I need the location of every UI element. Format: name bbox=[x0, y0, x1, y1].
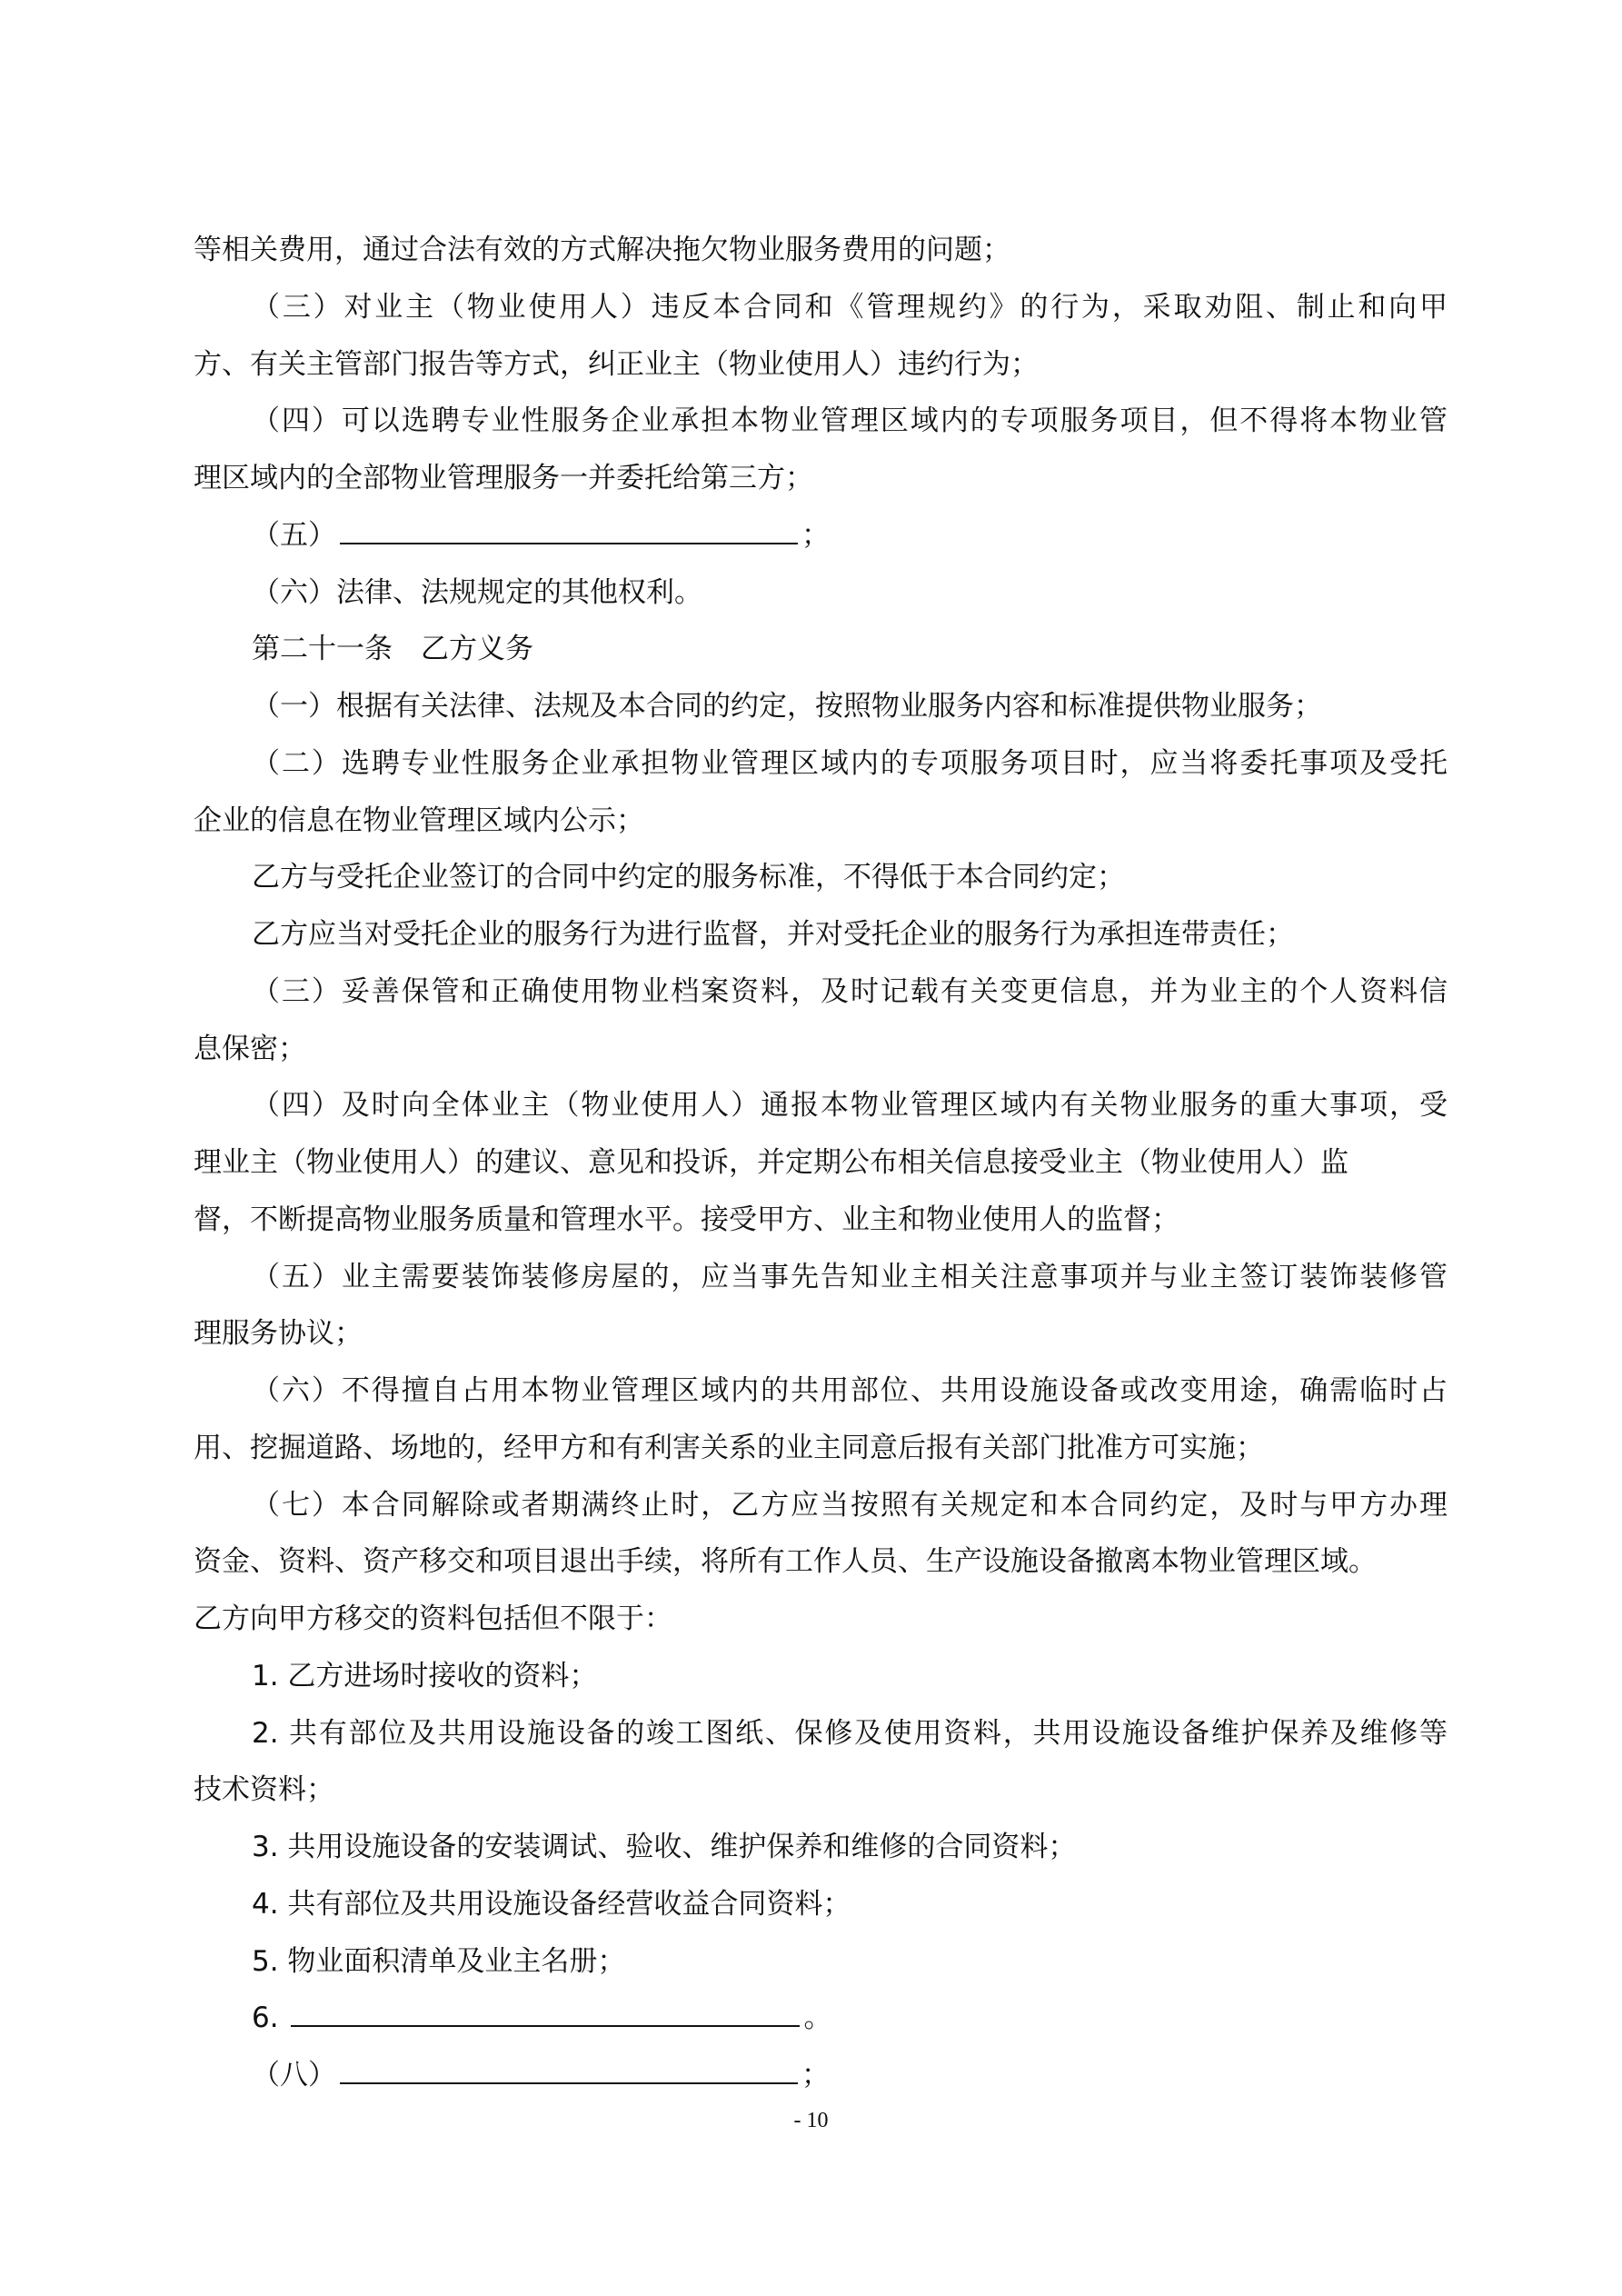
item-prefix: （五） bbox=[252, 519, 336, 552]
text-line: （六）不得擅自占用本物业管理区域内的共用部位、共用设施设备或改变用途，确需临时占 bbox=[194, 1363, 1448, 1420]
text-line: 资金、资料、资产移交和项目退出手续，将所有工作人员、生产设施设备撤离本物业管理区… bbox=[194, 1533, 1448, 1591]
text-line: 等相关费用，通过合法有效的方式解决拖欠物业服务费用的问题； bbox=[194, 222, 1448, 279]
text-line: 理业主（物业使用人）的建议、意见和投诉，并定期公布相关信息接受业主（物业使用人）… bbox=[194, 1134, 1448, 1192]
text-line: （三）对业主（物业使用人）违反本合同和《管理规约》的行为，采取劝阻、制止和向甲 bbox=[194, 279, 1448, 336]
text-line: （六）法律、法规规定的其他权利。 bbox=[194, 564, 1448, 622]
text-line: （二）选聘专业性服务企业承担物业管理区域内的专项服务项目时，应当将委托事项及受托 bbox=[194, 735, 1448, 793]
document-page: 等相关费用，通过合法有效的方式解决拖欠物业服务费用的问题； （三）对业主（物业使… bbox=[0, 0, 1622, 2296]
list-item: 1. 乙方进场时接收的资料； bbox=[194, 1648, 1448, 1705]
article-heading: 第二十一条 乙方义务 bbox=[194, 621, 1448, 678]
list-item: 4. 共有部位及共用设施设备经营收益合同资料； bbox=[194, 1876, 1448, 1933]
text-line: 用、挖掘道路、场地的，经甲方和有利害关系的业主同意后报有关部门批准方可实施； bbox=[194, 1420, 1448, 1477]
text-line: 乙方与受托企业签订的合同中约定的服务标准，不得低于本合同约定； bbox=[194, 849, 1448, 906]
text-line: （三）妥善保管和正确使用物业档案资料，及时记载有关变更信息，并为业主的个人资料信 bbox=[194, 963, 1448, 1021]
blank-fill-field[interactable] bbox=[291, 1998, 800, 2027]
text-line: 理服务协议； bbox=[194, 1305, 1448, 1363]
fill-in-list-item-6: 6. 。 bbox=[194, 1990, 1448, 2047]
item-suffix: ； bbox=[801, 519, 830, 552]
item-suffix: ； bbox=[801, 2059, 830, 2091]
text-line: （一）根据有关法律、法规及本合同的约定，按照物业服务内容和标准提供物业服务； bbox=[194, 678, 1448, 735]
text-line: 方、有关主管部门报告等方式，纠正业主（物业使用人）违约行为； bbox=[194, 336, 1448, 394]
document-body: 等相关费用，通过合法有效的方式解决拖欠物业服务费用的问题； （三）对业主（物业使… bbox=[194, 222, 1448, 2104]
item-prefix: （八） bbox=[252, 2059, 336, 2091]
text-line: （四）可以选聘专业性服务企业承担本物业管理区域内的专项服务项目，但不得将本物业管 bbox=[194, 393, 1448, 450]
list-item: 2. 共有部位及共用设施设备的竣工图纸、保修及使用资料，共用设施设备维护保养及维… bbox=[194, 1705, 1448, 1762]
text-line: 技术资料； bbox=[194, 1762, 1448, 1819]
list-item: 3. 共用设施设备的安装调试、验收、维护保养和维修的合同资料； bbox=[194, 1819, 1448, 1876]
blank-fill-field[interactable] bbox=[340, 515, 798, 544]
blank-fill-field[interactable] bbox=[340, 2055, 798, 2084]
list-item: 5. 物业面积清单及业主名册； bbox=[194, 1933, 1448, 1991]
text-line: （七）本合同解除或者期满终止时，乙方应当按照有关规定和本合同约定，及时与甲方办理 bbox=[194, 1477, 1448, 1534]
text-line: 督，不断提高物业服务质量和管理水平。接受甲方、业主和物业使用人的监督； bbox=[194, 1192, 1448, 1249]
fill-in-line-item-8: （八）； bbox=[194, 2047, 1448, 2104]
fill-in-line-item-5: （五）； bbox=[194, 507, 1448, 564]
item-prefix: 6. bbox=[252, 2002, 287, 2034]
text-line: 乙方应当对受托企业的服务行为进行监督，并对受托企业的服务行为承担连带责任； bbox=[194, 906, 1448, 963]
text-line: （五）业主需要装饰装修房屋的，应当事先告知业主相关注意事项并与业主签订装饰装修管 bbox=[194, 1249, 1448, 1306]
page-number: - 10 bbox=[0, 2109, 1622, 2133]
text-line: 理区域内的全部物业管理服务一并委托给第三方； bbox=[194, 450, 1448, 507]
text-line: 息保密； bbox=[194, 1021, 1448, 1078]
text-line: （四）及时向全体业主（物业使用人）通报本物业管理区域内有关物业服务的重大事项，受 bbox=[194, 1077, 1448, 1134]
text-line: 乙方向甲方移交的资料包括但不限于： bbox=[194, 1591, 1448, 1648]
text-line: 企业的信息在物业管理区域内公示； bbox=[194, 793, 1448, 850]
item-suffix: 。 bbox=[803, 2002, 831, 2034]
